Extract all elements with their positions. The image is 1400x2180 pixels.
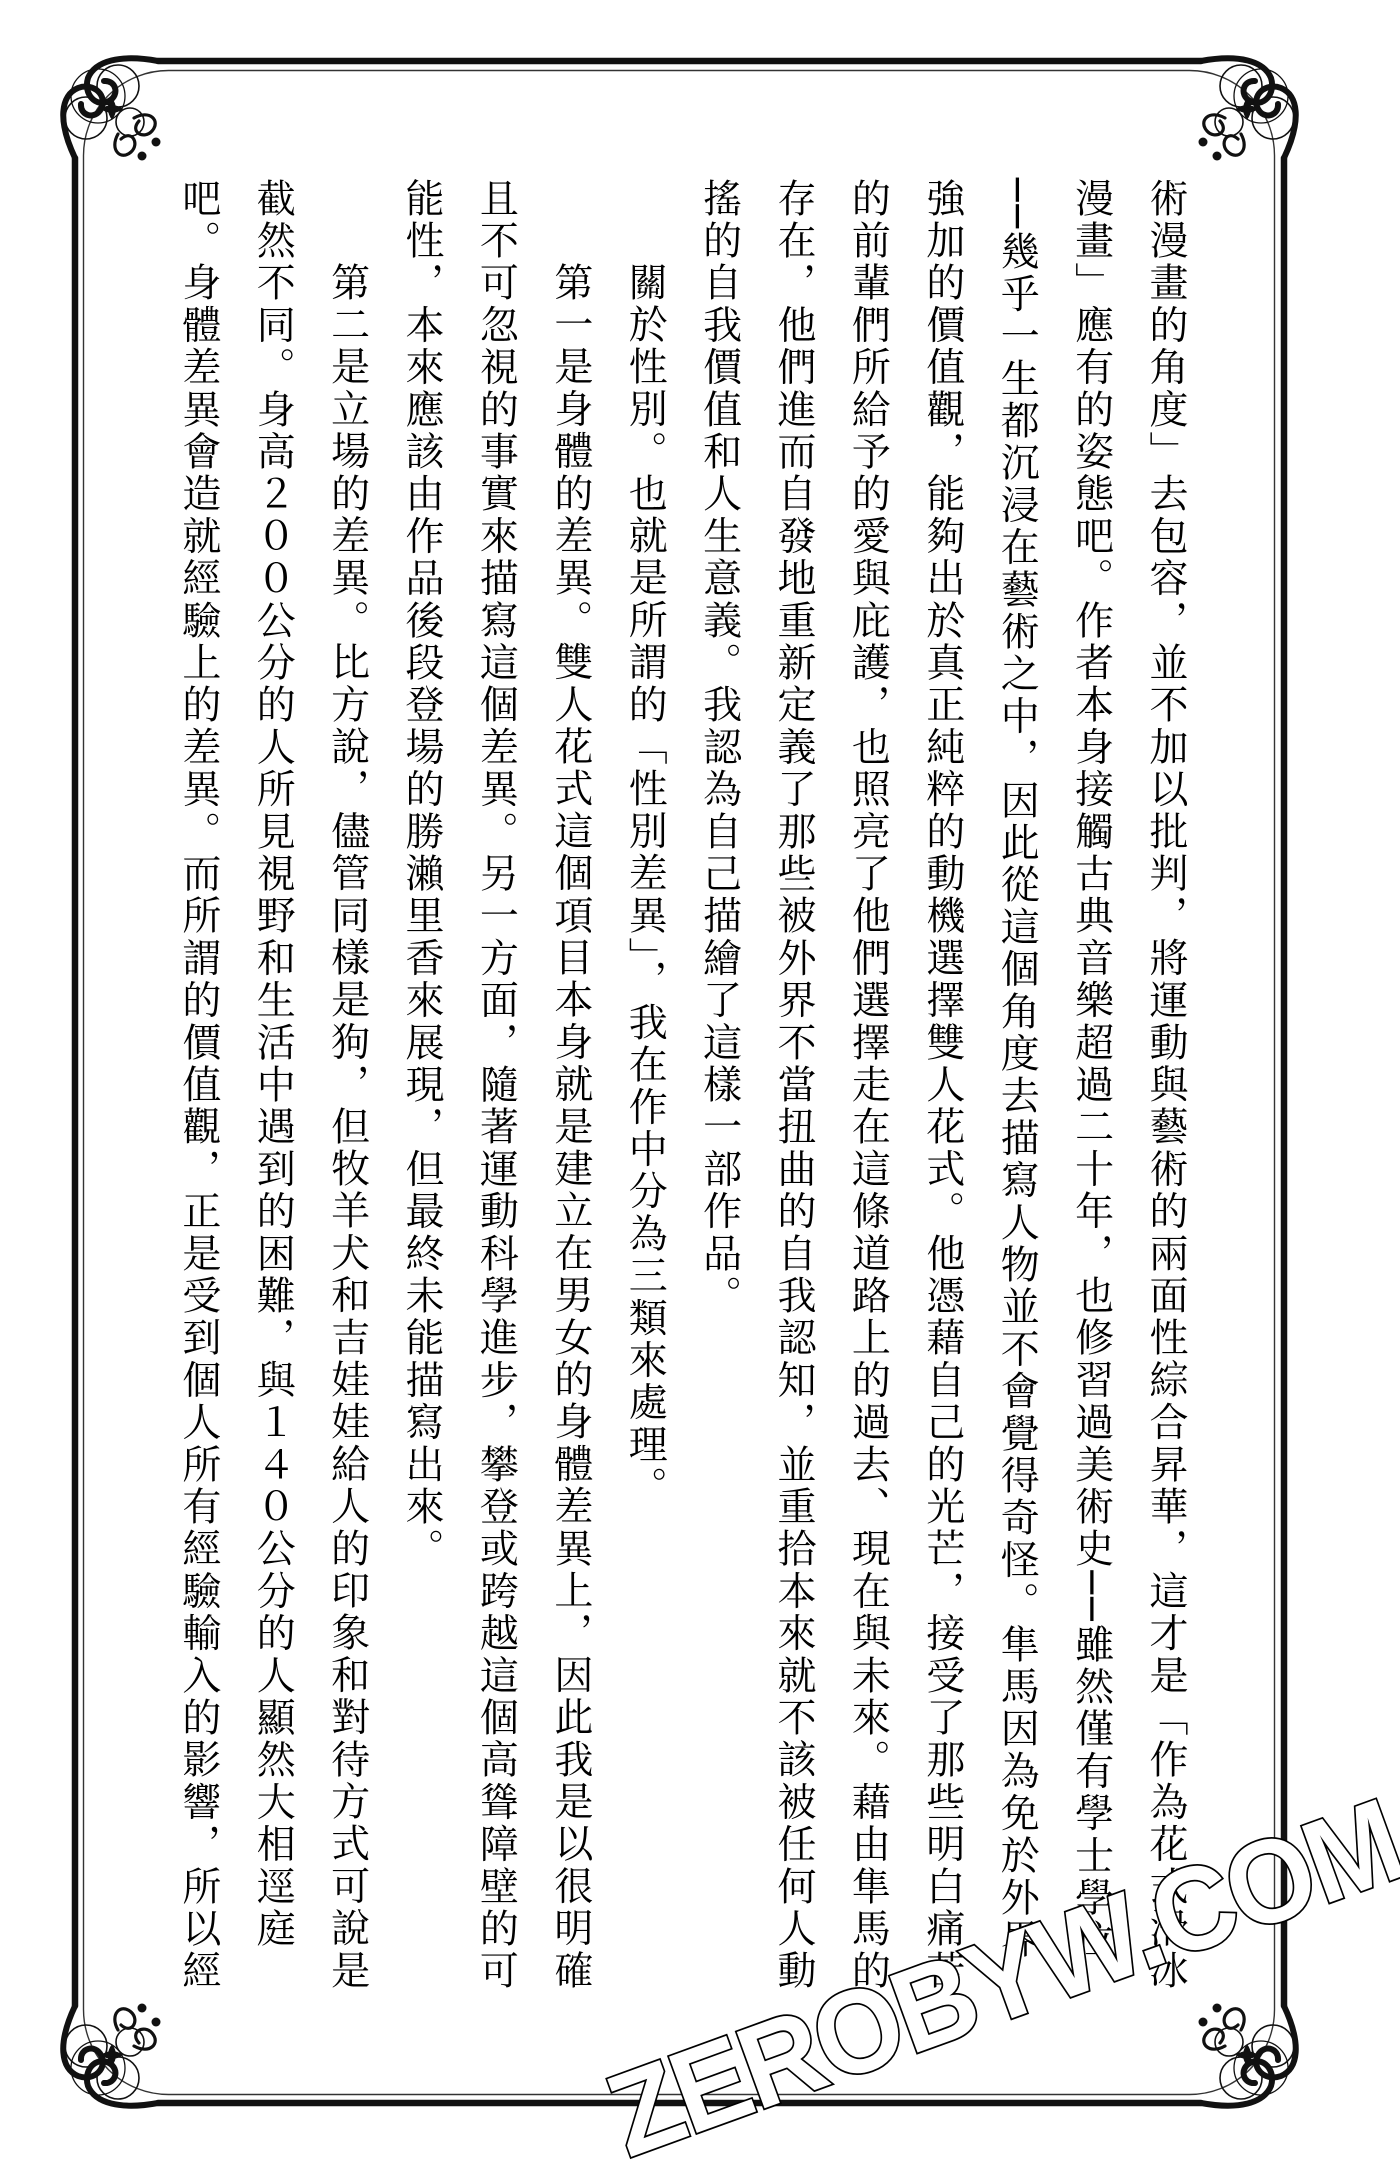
text-column: 第一是身體的差異。雙人花式這個項目本身就是建立在男女的身體差異上，因此我是以很明…	[547, 262, 593, 1992]
text-column: 搖的自我價值和人生意義。我認為自己描繪了這樣一部作品。	[696, 178, 742, 1317]
text-column: 且不可忽視的事實來描寫這個差異。另一方面，隨著運動科學進步，攀登或跨越這個高聳障…	[472, 178, 518, 1993]
text-column: 截然不同。身高２００公分的人所見視野和生活中遇到的困難，與１４０公分的人顯然大相…	[249, 178, 295, 1950]
text-column: 吧。身體差異會造就經驗上的差異。而所謂的價值觀，正是受到個人所有經驗輸入的影響，…	[175, 178, 221, 1993]
text-column: 能性，本來應該由作品後段登場的勝瀨里香來展現，但最終未能描寫出來。	[398, 178, 444, 1571]
text-column: 術漫畫的角度」去包容，並不加以批判，將運動與藝術的兩面性綜合昇華，這才是「作為花…	[1142, 178, 1188, 1993]
text-column: 存在，他們進而自發地重新定義了那些被外界不當扭曲的自我認知，並重拾本來就不該被任…	[770, 178, 816, 1993]
text-column: 漫畫」應有的姿態吧。作者本身接觸古典音樂超過二十年，也修習過美術史──雖然僅有學…	[1068, 178, 1114, 1962]
book-page: 術漫畫的角度」去包容，並不加以批判，將運動與藝術的兩面性綜合昇華，這才是「作為花…	[0, 0, 1400, 2180]
text-column: 第二是立場的差異。比方說，儘管同樣是狗，但牧羊犬和吉娃娃給人的印象和對待方式可說…	[324, 262, 370, 1992]
text-column: ──幾乎一生都沉浸在藝術之中，因此從這個角度去描寫人物並不會覺得奇怪。隼馬因為免…	[993, 178, 1039, 1962]
text-column: 強加的價值觀，能夠出於真正純粹的動機選擇雙人花式。他憑藉自己的光芒，接受了那些明…	[919, 178, 965, 1993]
text-column: 的前輩們所給予的愛與庇護，也照亮了他們選擇走在這條道路上的過去、現在與未來。藉由…	[844, 178, 890, 1993]
afterword-text: 術漫畫的角度」去包容，並不加以批判，將運動與藝術的兩面性綜合昇華，這才是「作為花…	[0, 0, 1400, 2180]
text-column: 關於性別。也就是所謂的「性別差異」，我在作中分為三類來處理。	[621, 262, 667, 1509]
